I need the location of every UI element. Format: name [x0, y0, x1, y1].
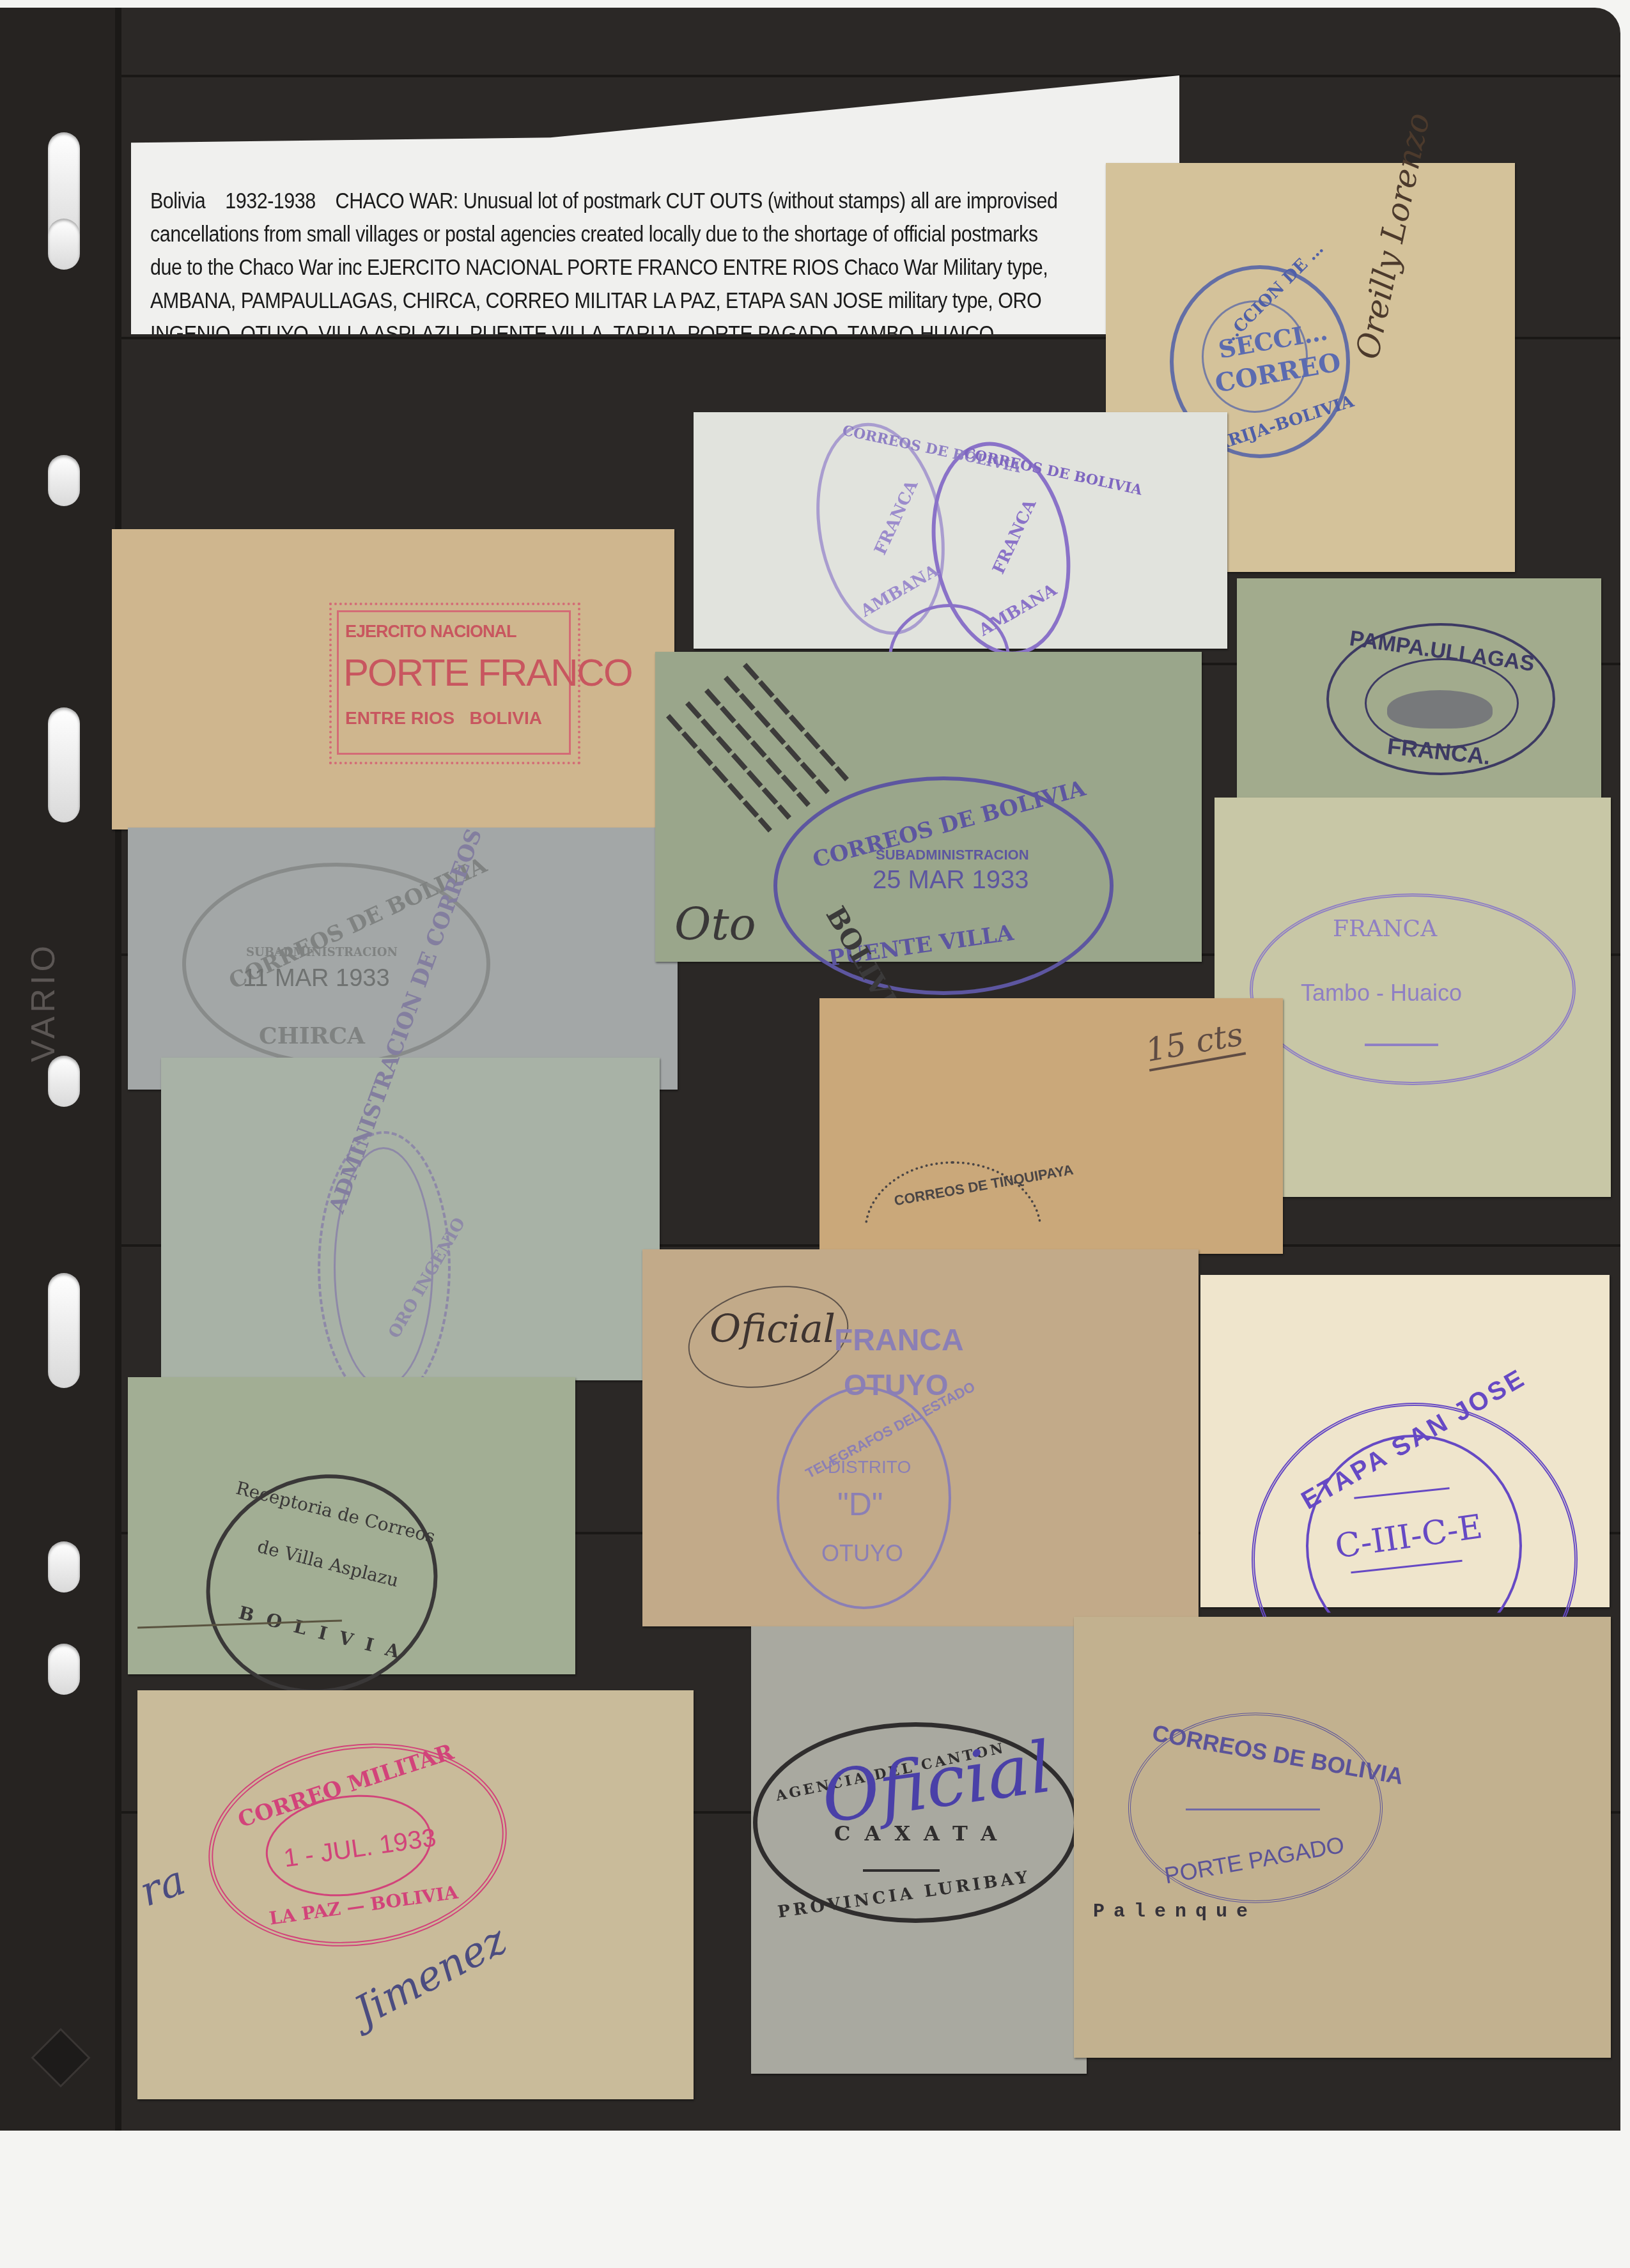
- binder-spine: VARIO: [0, 8, 121, 2131]
- cutout-tinquipaya[interactable]: 15 cts CORREOS DE TINQUIPAYA: [819, 998, 1283, 1254]
- cutout-villa-asplazu[interactable]: Receptoria de Correos de Villa Asplazu B…: [128, 1377, 575, 1674]
- entre-rios-line-3: ENTRE RIOS BOLIVIA: [345, 708, 542, 729]
- chirca-bottom: CHIRCA: [259, 1022, 365, 1049]
- binder-hole: [48, 1541, 80, 1593]
- puente-villa-manuscript: Oto: [674, 898, 756, 950]
- puente-villa-middle: SUBADMINISTRACION: [876, 847, 1029, 863]
- binder-hole: [48, 1644, 80, 1695]
- chirca-date: 11 MAR 1933: [243, 965, 390, 992]
- cutout-pampaullagas[interactable]: PAMPA.ULLAGAS FRANCA.: [1237, 578, 1601, 799]
- cutout-caxata[interactable]: AGENCIA DEL CANTON CAXATA PROVINCIA LURI…: [751, 1626, 1087, 2074]
- tambo-huaico-top: FRANCA: [1333, 916, 1437, 942]
- otuyo-circle-letter: "D": [837, 1486, 883, 1523]
- cutout-oro-ingenio[interactable]: ADMINISTRACION DE CORREOS ORO INGENIO: [161, 1058, 660, 1380]
- tambo-huaico-center: Tambo - Huaico: [1301, 980, 1462, 1007]
- cutout-ambana[interactable]: CORREOS DE BOLIVIA CORREOS DE BOLIVIA FR…: [694, 412, 1227, 649]
- cutout-correo-militar[interactable]: CORREO MILITAR 1 - JUL. 1933 LA PAZ — BO…: [137, 1690, 694, 2099]
- binder-hole: [48, 1056, 80, 1107]
- cutout-entre-rios[interactable]: EJERCITO NACIONAL PORTE FRANCO ENTRE RIO…: [112, 529, 674, 829]
- entre-rios-line-2: PORTE FRANCO: [343, 651, 632, 695]
- cutout-otuyo[interactable]: Oficial FRANCA OTUYO TELEGRAFOS DEL ESTA…: [642, 1249, 1199, 1626]
- label-years: 1932-1938: [225, 188, 315, 213]
- cutout-porte-pagado[interactable]: CORREOS DE BOLIVIA PORTE PAGADO Palenque: [1074, 1617, 1611, 2058]
- tinquipaya-manuscript: 15 cts: [1143, 1015, 1246, 1072]
- binder-hole: [48, 219, 80, 270]
- binder-hole: [48, 455, 80, 506]
- correo-militar-manuscript-1: ra: [134, 1856, 191, 1916]
- strip-divider: [0, 75, 1620, 77]
- cutout-puente-villa[interactable]: CORREOS DE BOLIVIA SUBADMINISTRACION 25 …: [655, 652, 1202, 962]
- label-country: Bolivia: [150, 188, 205, 213]
- chirca-middle: SUBADMINISTRACION: [246, 946, 398, 959]
- otuyo-line-1: FRANCA: [834, 1323, 964, 1358]
- puente-villa-date: 25 MAR 1933: [873, 866, 1029, 895]
- binder-hole: [48, 1273, 80, 1388]
- porte-pagado-typed: Palenque: [1093, 1901, 1257, 1923]
- spine-brand: VARIO: [24, 942, 63, 1062]
- maker-logo-icon: [31, 2028, 90, 2087]
- otuyo-circle-middle: DISTRITO: [828, 1457, 911, 1477]
- binder-hole: [48, 707, 80, 822]
- ornament-icon: [1186, 1809, 1320, 1810]
- winged-emblem-icon: [1387, 690, 1493, 729]
- cutout-etapa-san-jose[interactable]: ETAPA SAN JOSE C-III-C-E: [1200, 1275, 1610, 1607]
- otuyo-manuscript: Oficial: [710, 1307, 835, 1352]
- entre-rios-line-1: EJERCITO NACIONAL: [345, 622, 516, 642]
- otuyo-circle-bottom: OTUYO: [821, 1540, 903, 1567]
